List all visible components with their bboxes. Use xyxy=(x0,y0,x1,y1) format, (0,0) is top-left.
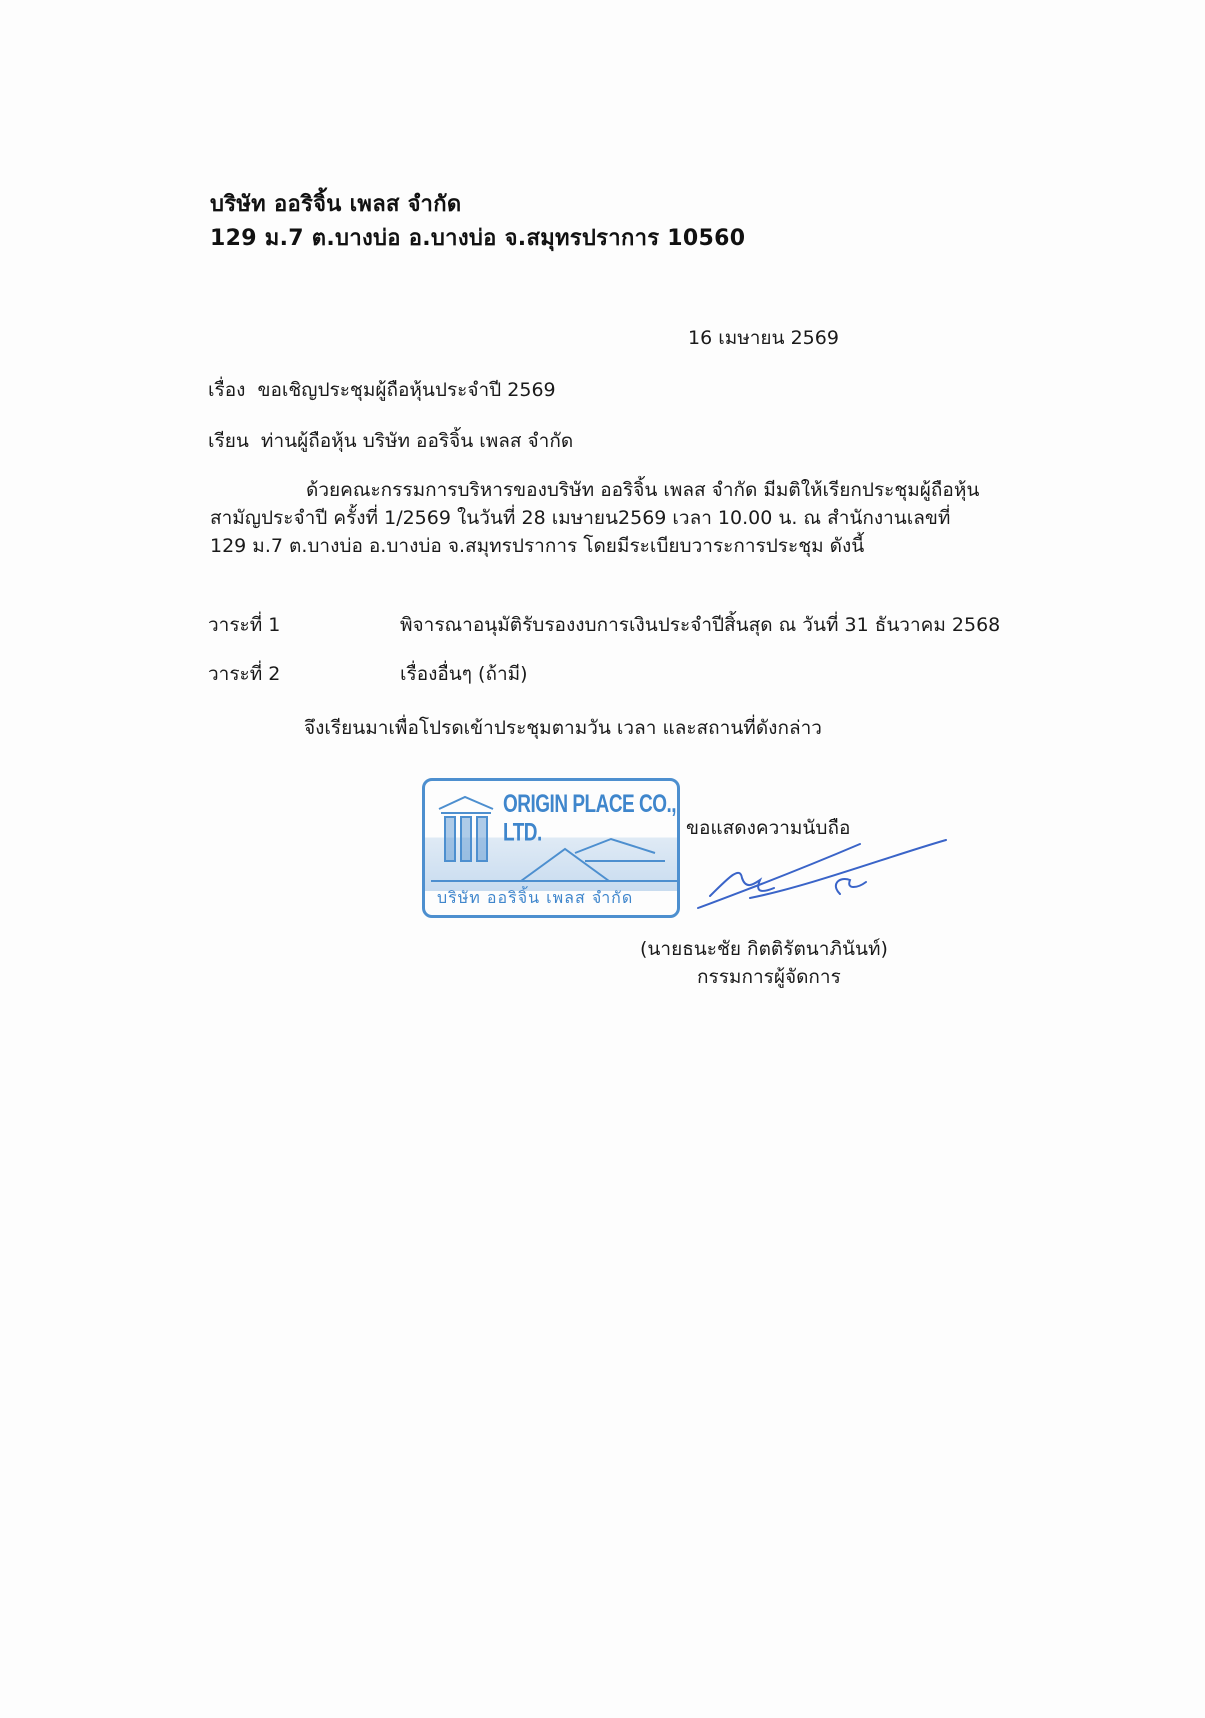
subject-text: ขอเชิญประชุมผู้ถือหุ้นประจำปี 2569 xyxy=(257,379,555,401)
company-address: 129 ม.7 ต.บางบ่อ อ.บางบ่อ จ.สมุทรปราการ … xyxy=(210,220,745,255)
signatory-title: กรรมการผู้จัดการ xyxy=(697,962,841,992)
stamp-thai-name: บริษัท ออริจิ้น เพลส จำกัด xyxy=(437,886,633,911)
agenda-text-2: เรื่องอื่นๆ (ถ้ามี) xyxy=(400,659,528,689)
signatory-name: (นายธนะชัย กิตติรัตนาภินันท์) xyxy=(640,934,888,964)
agenda-label-1: วาระที่ 1 xyxy=(208,610,280,640)
body-line: 129 ม.7 ต.บางบ่อ อ.บางบ่อ จ.สมุทรปราการ … xyxy=(210,532,1070,560)
body-paragraph: ด้วยคณะกรรมการบริหารของบริษัท ออริจิ้น เ… xyxy=(210,476,1070,560)
subject-line: เรื่อง ขอเชิญประชุมผู้ถือหุ้นประจำปี 256… xyxy=(208,375,556,405)
company-stamp: ORIGIN PLACE CO., LTD. บริษัท ออริจิ้น เ… xyxy=(422,778,680,918)
agenda-text-1: พิจารณาอนุมัติรับรองงบการเงินประจำปีสิ้น… xyxy=(400,610,1000,640)
company-name: บริษัท ออริจิ้น เพลส จำกัด xyxy=(210,186,461,221)
agenda-label-2: วาระที่ 2 xyxy=(208,659,280,689)
stamp-english-name: ORIGIN PLACE CO., LTD. xyxy=(503,791,677,848)
recipient-text: ท่านผู้ถือหุ้น บริษัท ออริจิ้น เพลส จำกั… xyxy=(261,430,573,452)
body-line: ด้วยคณะกรรมการบริหารของบริษัท ออริจิ้น เ… xyxy=(210,476,1070,504)
recipient-line: เรียน ท่านผู้ถือหุ้น บริษัท ออริจิ้น เพล… xyxy=(208,426,573,456)
signature-icon xyxy=(690,836,950,916)
closing-sentence: จึงเรียนมาเพื่อโปรดเข้าประชุมตามวัน เวลา… xyxy=(304,713,822,743)
body-line: สามัญประจำปี ครั้งที่ 1/2569 ในวันที่ 28… xyxy=(210,504,1070,532)
recipient-label: เรียน xyxy=(208,430,249,452)
letter-date: 16 เมษายน 2569 xyxy=(688,323,839,353)
subject-label: เรื่อง xyxy=(208,379,245,401)
